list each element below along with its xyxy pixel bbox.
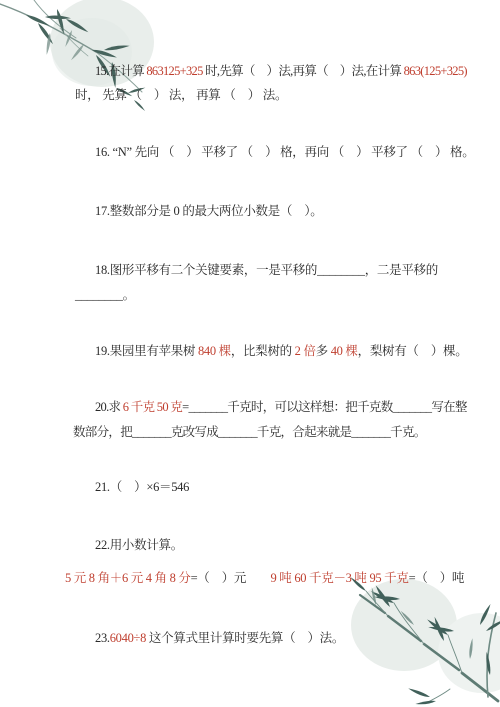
text-segment: 23. [95,631,110,645]
red-highlight: 2 倍 [295,344,316,358]
text-segment: =（ ）元 [191,571,271,585]
red-highlight: 40 棵 [331,344,358,358]
question-17: 17.整数部分是 0 的最大两位小数是（ ）。 [95,204,322,218]
text-segment: 这个算式里计算时要先算（ ）法。 [146,631,344,645]
question-23: 23.6040÷8 这个算式里计算时要先算（ ）法。 [95,631,344,645]
question-19: 19.果园里有苹果树 840 棵，比梨树的 2 倍多 40 棵，梨树有（ ）棵。 [95,344,467,358]
question-20-line-2: 数部分，把_______克改写成_______千克，合起来就是_______千克… [73,425,426,439]
question-22: 22.用小数计算。 [95,538,183,552]
red-highlight: 863(125+325) [404,64,467,78]
text-segment: =（ ）吨 [409,571,465,585]
worksheet-page: 15.在计算 863125+325 时,先算（ ）法,再算（ ）法,在计算 86… [0,0,500,707]
red-highlight: 840 棵 [198,344,231,358]
red-highlight: 6 千克 50 克 [123,400,182,414]
text-segment: ________。 [75,288,135,302]
text-segment: ，比梨树的 [231,344,295,358]
text-segment: 18.图形平移有二个关键要素，一是平移的________，二是平移的 [95,263,438,277]
text-segment: 22.用小数计算。 [95,538,183,552]
question-15-line-1: 15.在计算 863125+325 时,先算（ ）法,再算（ ）法,在计算 86… [95,64,467,78]
text-segment: 数部分，把_______克改写成_______千克，合起来就是_______千克… [73,425,426,439]
text-segment: 15.在计算 [95,64,146,78]
question-20-line-1: 20.求 6 千克 50 克=_______千克时，可以这样想：把千克数____… [95,400,467,414]
text-segment: 16. “N” 先向 （ ） 平移了 （ ） 格，再向 （ ） 平移了 （ ） … [95,145,474,159]
red-highlight: 5 元 8 角＋6 元 4 角 8 分 [65,571,191,585]
question-21: 21.（ ）×6＝546 [95,480,189,494]
text-segment: 21.（ ）×6＝546 [95,480,189,494]
text-segment: 时， 先算 （ ） 法， 再算 （ ） 法。 [75,88,287,102]
red-highlight: 863125+325 [146,64,202,78]
text-segment: 时,先算（ ）法,再算（ ）法,在计算 [203,64,404,78]
text-segment: 多 [316,344,331,358]
question-18-line-1: 18.图形平移有二个关键要素，一是平移的________，二是平移的 [95,263,438,277]
text-segment: 17.整数部分是 0 的最大两位小数是（ ）。 [95,204,322,218]
question-16: 16. “N” 先向 （ ） 平移了 （ ） 格，再向 （ ） 平移了 （ ） … [95,145,474,159]
red-highlight: 6040÷8 [110,631,146,645]
question-22-calculation: 5 元 8 角＋6 元 4 角 8 分=（ ）元 9 吨 60 千克－3 吨 9… [65,571,464,585]
question-18-line-2: ________。 [75,288,135,302]
question-15-line-2: 时， 先算 （ ） 法， 再算 （ ） 法。 [75,88,287,102]
text-segment: 20.求 [95,400,123,414]
red-highlight: 9 吨 60 千克－3 吨 95 千克 [271,571,409,585]
text-segment: 19.果园里有苹果树 [95,344,198,358]
text-segment: =_______千克时，可以这样想：把千克数_______写在整 [182,400,467,414]
text-segment: ，梨树有（ ）棵。 [358,344,468,358]
